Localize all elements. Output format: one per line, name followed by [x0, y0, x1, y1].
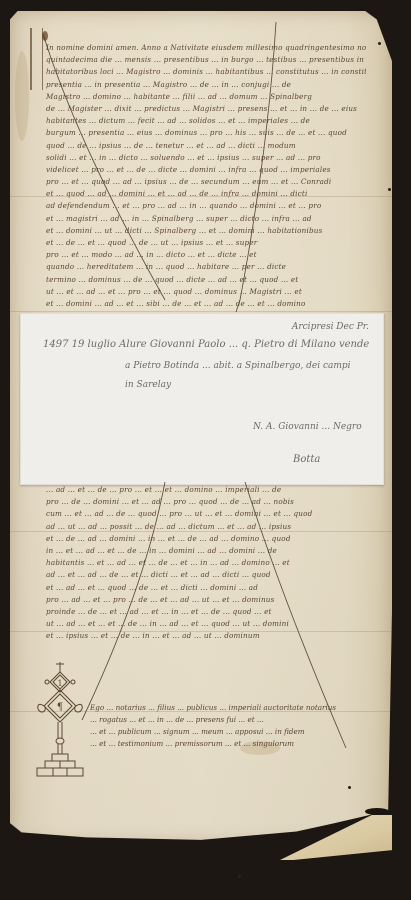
svg-text:1: 1: [57, 679, 62, 688]
text-line: proinde ... de ... et ... ad ... et ... …: [46, 606, 366, 618]
text-line: pro ... de ... domini ... et ... ad ... …: [46, 496, 366, 508]
text-line: pro ... et ... quod ... ad ... ipsius ..…: [46, 176, 366, 188]
text-line: habitatoribus loci ... Magistro ... domi…: [46, 66, 366, 78]
edge-mark: [238, 875, 241, 878]
text-line: quando ... hereditatem ... in ... quod .…: [46, 261, 366, 273]
text-line: videlicet ... pro ... et ... de ... dict…: [46, 164, 366, 176]
label-summary-line1: 1497 19 luglio Alure Giovanni Paolo ... …: [43, 339, 369, 350]
text-line: In nomine domini amen. Anno a Nativitate…: [46, 42, 366, 54]
label-summary-line2: a Pietro Botinda ... abit. a Spinalbergo…: [125, 361, 351, 371]
archival-label: Arcipresi Dec Pr. 1497 19 luglio Alure G…: [20, 313, 384, 485]
text-line: ad ... et ... ad ... de ... et ... dicti…: [46, 569, 366, 581]
archive-reference: Arcipresi Dec Pr.: [292, 322, 369, 332]
text-line: et ... ad ... et ... quod ... de ... et …: [46, 582, 366, 594]
edge-mark: [378, 42, 381, 45]
text-line: Magistro ... domino ... habitante ... fi…: [46, 91, 366, 103]
document-viewer: In nomine domini amen. Anno a Nativitate…: [0, 0, 411, 900]
fold-line: [10, 311, 392, 312]
stain: [15, 51, 29, 141]
svg-text:¶: ¶: [57, 702, 63, 713]
text-line: pro ... et ... modo ... ad ... in ... di…: [46, 249, 366, 261]
text-line: in ... et ... ad ... et ... de ... in ..…: [46, 545, 366, 557]
text-line: ... et ... testimonium ... premissorum .…: [90, 738, 375, 750]
text-line: de ... Magister ... dixit ... predictus …: [46, 103, 366, 115]
parchment-hole: [365, 808, 389, 815]
text-line: ut ... et ... ad ... et ... pro ... et .…: [46, 286, 366, 298]
text-line: solidi ... et ... in ... dicto ... solue…: [46, 152, 366, 164]
text-line: quintadecima die ... mensis ... presenti…: [46, 54, 366, 66]
label-signature-initial: Botta: [293, 454, 320, 465]
edge-mark: [388, 188, 391, 191]
text-line: ... rogatus ... et ... in ... de ... pre…: [90, 714, 375, 726]
text-line: termino ... dominus ... de ... quod ... …: [46, 274, 366, 286]
text-line: quod ... de ... ipsius ... de ... tenetu…: [46, 140, 366, 152]
text-line: presentia ... in presentia ... Magistro …: [46, 79, 366, 91]
text-line: burgum ... presentia ... eius ... dominu…: [46, 127, 366, 139]
body-text-bottom: ... ad ... et ... de ... pro ... et ... …: [46, 484, 366, 642]
body-text-top: In nomine domini amen. Anno a Nativitate…: [46, 42, 366, 310]
text-line: cum ... et ... ad ... de ... quod ... pr…: [46, 508, 366, 520]
decorated-initial: [30, 28, 43, 90]
text-line: ad ... ut ... ad ... possit ... de ... a…: [46, 521, 366, 533]
notary-subscription: Ego ... notarius ... filius ... publicus…: [90, 702, 375, 750]
text-line: et ... quod ... ad ... domini ... et ...…: [46, 188, 366, 200]
text-line: ... et ... publicum ... signum ... meum …: [90, 726, 375, 738]
text-line: et ... ipsius ... et ... de ... in ... e…: [46, 630, 366, 642]
text-line: ad defendendum ... et ... pro ... ad ...…: [46, 200, 366, 212]
text-line: et ... magistri ... ad ... in ... Spinal…: [46, 213, 366, 225]
label-summary-line3: in Sarelay: [125, 380, 171, 390]
edge-mark: [348, 786, 351, 789]
text-line: pro ... ad ... et ... pro ... de ... et …: [46, 594, 366, 606]
text-line: ... ad ... et ... de ... pro ... et ... …: [46, 484, 366, 496]
text-line: et ... domini ... ut ... dicti ... Spina…: [46, 225, 366, 237]
text-line: habitantis ... et ... ad ... et ... de .…: [46, 557, 366, 569]
notarial-signum-icon: 1 ¶: [34, 660, 94, 784]
text-line: ut ... ad ... et ... et ... de ... in ..…: [46, 618, 366, 630]
text-line: et ... de ... et ... quod ... de ... ut …: [46, 237, 366, 249]
text-line: et ... de ... ad ... domini ... in ... e…: [46, 533, 366, 545]
text-line: Ego ... notarius ... filius ... publicus…: [90, 702, 375, 714]
text-line: habitantes ... dictum ... fecit ... ad .…: [46, 115, 366, 127]
label-signature-notary: N. A. Giovanni ... Negro: [253, 422, 362, 432]
ink-blot: [42, 31, 48, 41]
text-line: et ... domini ... ad ... et ... sibi ...…: [46, 298, 366, 310]
